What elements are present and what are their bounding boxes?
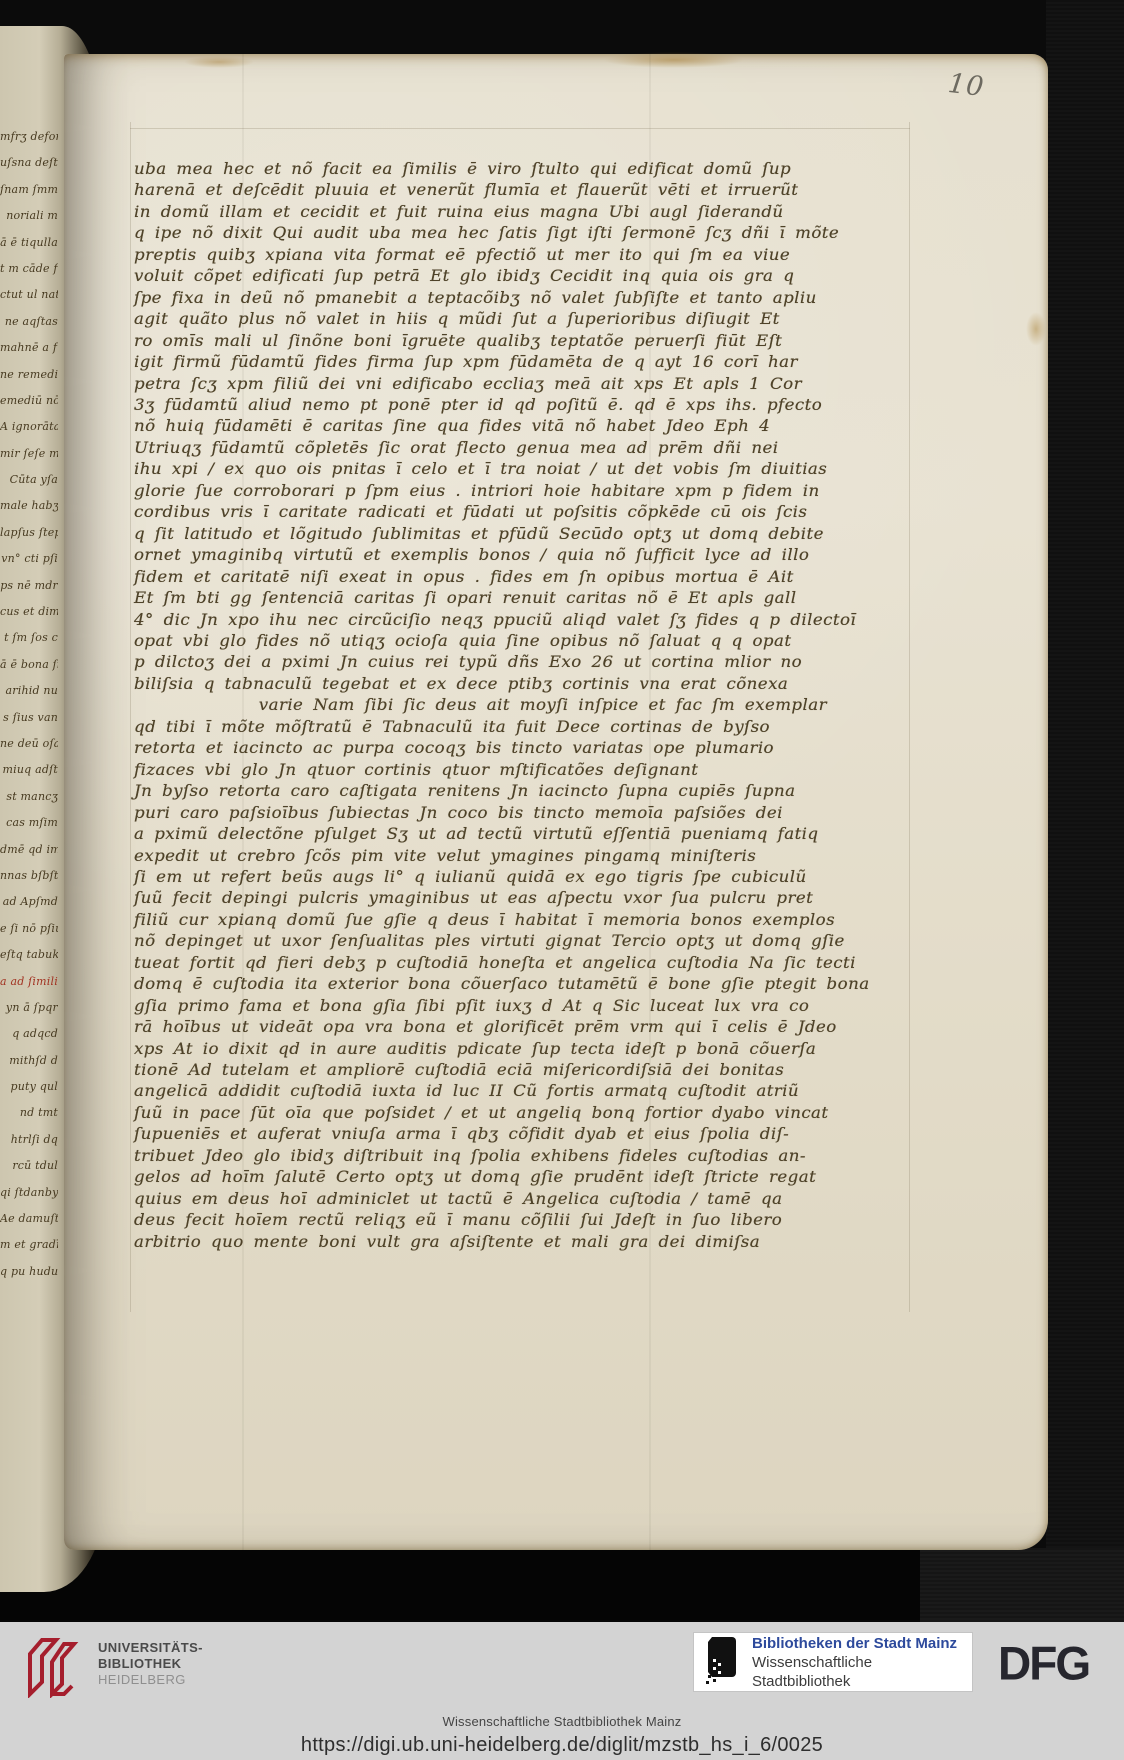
pencil-folio-number: 10: [946, 68, 986, 103]
manuscript-line: ornet ymaginibq virtutũ et exemplis bono…: [134, 544, 956, 565]
manuscript-line: Et ſm bti gg ſentenciā caritas ſi opari …: [134, 587, 956, 608]
manuscript-line: ſi em ut refert beũs augs li° q iulianũ …: [134, 866, 956, 887]
manuscript-line: varie Nam ſibi ſic deus ait moyſi inſpic…: [134, 694, 956, 715]
verso-text-fragment: e ſi nō pſiud: [0, 922, 58, 948]
footer-band: UNIVERSITÄTS- BIBLIOTHEK HEIDELBERG: [0, 1622, 1124, 1760]
manuscript-line: retorta et iacincto ac purpa cocoqʒ bis …: [134, 737, 956, 758]
verso-text-fragment: ad Apſmd: [0, 895, 58, 921]
verso-text-fragment: dmē qd imt: [0, 843, 58, 869]
manuscript-line: igit firmũ fūdamtũ fides firma ſup xpm f…: [134, 351, 956, 372]
verso-text-fragment: htrlſi dq: [0, 1133, 58, 1159]
verso-text-fragment: q pu hudu: [0, 1265, 58, 1291]
manuscript-line: arbitrio quo mente boni vult gra aſsiſte…: [134, 1231, 956, 1252]
manuscript-line: tionē Ad tutelam et ampliorē cuſtodiā ec…: [134, 1059, 956, 1080]
manuscript-line: ſupueniēs et auferat vniuſa arma ī qbʒ c…: [134, 1123, 956, 1144]
verso-text-fragment: cus et dimī: [0, 605, 58, 631]
manuscript-line: quius em deus hoī adminiclet ut tactũ ē …: [134, 1188, 956, 1209]
ub-heidelberg-name: UNIVERSITÄTS- BIBLIOTHEK HEIDELBERG: [98, 1640, 203, 1688]
verso-text-fragment: lapſus ſtepʒ: [0, 526, 58, 552]
manuscript-line: q ſit latitudo et lõgitudo ſublimitas et…: [134, 523, 956, 544]
manuscript-line: ro omīs mali ul ſinõne boni īgruēte qual…: [134, 330, 956, 351]
verso-text-fragment: Cūta yſa: [0, 473, 58, 499]
verso-text-fragment: st mancʒ: [0, 790, 58, 816]
manuscript-line: xps At io dixit qd in aure auditis pdica…: [134, 1038, 956, 1059]
ub-heidelberg-logo: UNIVERSITÄTS- BIBLIOTHEK HEIDELBERG: [20, 1632, 203, 1703]
manuscript-line: angelicā addidit cuſtodiā iuxta id luc I…: [134, 1080, 956, 1101]
manuscript-line: agit quãto plus nõ valet in hiis q mũdi …: [134, 308, 956, 329]
manuscript-line: tueat fortit qd fieri debʒ p cuſtodiā ho…: [134, 952, 956, 973]
verso-text-fragment: mir ſeſe m: [0, 447, 58, 473]
recto-manuscript-page: 10 uba mea hec et nõ facit ea ſimilis ē …: [64, 54, 1048, 1550]
verso-text-fragment: eſtq tabuk: [0, 948, 58, 974]
manuscript-line: voluit cõpet edificati ſup petrā Et glo …: [134, 265, 956, 286]
manuscript-line: fizaces vbi glo Jn qtuor cortinis qtuor …: [134, 759, 956, 780]
verso-text-fragment: emediū nō: [0, 394, 58, 420]
manuscript-line: filiũ cur xpianq domũ ſue gſie q deus ī …: [134, 909, 956, 930]
manuscript-line: preptis quibʒ xpiana vita format eē pfec…: [134, 244, 956, 265]
dfg-logo: DFG: [998, 1635, 1089, 1690]
manuscript-line: nõ depinget ut uxor ſenſualitas ples vir…: [134, 930, 956, 951]
manuscript-line: rā hoībus ut videāt opa vra bona et glor…: [134, 1016, 956, 1037]
mainz-name-line1: Bibliotheken der Stadt Mainz: [752, 1634, 972, 1653]
verso-text-fragment: nd tmt: [0, 1106, 58, 1132]
manuscript-line: ſuũ in pace ſūt oīa que poſsidet / et ut…: [134, 1102, 956, 1123]
manuscript-line: qd tibi ī mõte mõſtratũ ē Tabnaculũ ita …: [134, 716, 956, 737]
verso-text-fragment: t ſm ſos c: [0, 631, 58, 657]
verso-text-fragment: ne remedia: [0, 368, 58, 394]
ruling-line-top: [130, 128, 910, 129]
verso-text-fragment: mithſd d: [0, 1054, 58, 1080]
verso-text-fragment: ā ē bona ſi: [0, 658, 58, 684]
manuscript-paragraph-1: uba mea hec et nõ facit ea ſimilis ē vir…: [134, 158, 956, 694]
verso-text-fragment: puty qul: [0, 1080, 58, 1106]
manuscript-line: puri caro paſsioībus ſubiectas Jn coco b…: [134, 802, 956, 823]
verso-text-fragment: rcū tdul: [0, 1159, 58, 1185]
verso-text-fragment: arihid nu: [0, 684, 58, 710]
mainz-book-icon: [702, 1635, 742, 1690]
verso-text-fragment: cas mſim: [0, 816, 58, 842]
manuscript-line: Utriuqʒ fūdamtũ cõpletēs ſic orat flecto…: [134, 437, 956, 458]
manuscript-line: deus fecit hoīem rectũ reliqʒ eũ ī manu …: [134, 1209, 956, 1230]
manuscript-line: 4° dic Jn xpo ihu nec circũciſio neqʒ pp…: [134, 609, 956, 630]
verso-text-fragment: noriali m: [0, 209, 58, 235]
verso-text-fragments: mfrʒ deforuſsna deſtſnam ſmmlnoriali mā …: [0, 130, 58, 1291]
verso-text-fragment: miuq adſt: [0, 763, 58, 789]
manuscript-line: 3ʒ fūdamtũ aliud nemo pt ponē pter id qd…: [134, 394, 956, 415]
right-edge-stain: [1026, 312, 1046, 346]
verso-text-fragment: ſnam ſmml: [0, 183, 58, 209]
verso-text-fragment: vn° cti pſi: [0, 552, 58, 578]
manuscript-line: uba mea hec et nõ facit ea ſimilis ē vir…: [134, 158, 956, 179]
mainz-name-line2: Wissenschaftliche Stadtbibliothek: [752, 1653, 972, 1691]
hd-line2: BIBLIOTHEK: [98, 1656, 203, 1672]
verso-text-fragment: mahnē a fu: [0, 341, 58, 367]
manuscript-line: glorie ſue corroborari p ſpm eius . intr…: [134, 480, 956, 501]
verso-text-fragment: ps nē mdr: [0, 579, 58, 605]
manuscript-line: gſia primo fama et bona gſia ſibi pſit i…: [134, 995, 956, 1016]
top-edge-stain: [604, 52, 744, 68]
verso-text-fragment: ne aqſtas: [0, 315, 58, 341]
hd-line3: HEIDELBERG: [98, 1672, 203, 1688]
verso-text-fragment: t m cāde fu: [0, 262, 58, 288]
manuscript-line: opat vbi glo fides nõ utiqʒ ocioſa quia …: [134, 630, 956, 651]
backdrop-shadow-below-page: [0, 1548, 920, 1624]
verso-text-fragment: Ae damuſtq: [0, 1212, 58, 1238]
mainz-library-badge: Bibliotheken der Stadt Mainz Wissenschaf…: [694, 1633, 972, 1691]
verso-text-fragment: ne deū oſa: [0, 737, 58, 763]
manuscript-text-block: uba mea hec et nõ facit ea ſimilis ē vir…: [134, 158, 956, 1252]
manuscript-line: petra ſcʒ xpm filiũ dei vni edificabo ec…: [134, 373, 956, 394]
manuscript-line: q ipe nõ dixit Qui audit uba mea hec ſat…: [134, 222, 956, 243]
verso-text-fragment: uſsna deſt: [0, 156, 58, 182]
manuscript-line: domq ē cuſtodia ita exterior bona cõuerſ…: [134, 973, 956, 994]
manuscript-line: biliſsia q tabnaculũ tegebat et ex dece …: [134, 673, 956, 694]
verso-text-fragment: ctut ul nat: [0, 288, 58, 314]
digitized-manuscript-scan: mfrʒ deforuſsna deſtſnam ſmmlnoriali mā …: [0, 0, 1124, 1760]
hd-line1: UNIVERSITÄTS-: [98, 1640, 203, 1656]
footer-caption: Wissenschaftliche Stadtbibliothek Mainz: [0, 1714, 1124, 1729]
backdrop-cloth-right: [1046, 0, 1124, 1560]
ruling-line-left: [130, 122, 131, 1312]
verso-text-fragment: A ignorāta: [0, 420, 58, 446]
manuscript-line: nõ huiq fūdamēti ē caritas ſine qua fide…: [134, 415, 956, 436]
manuscript-line: p dilctoʒ dei a pximi Jn cuius rei typũ …: [134, 651, 956, 672]
manuscript-line: fidem et caritatē niſi exeat in opus . f…: [134, 566, 956, 587]
footer-url: https://digi.ub.uni-heidelberg.de/diglit…: [0, 1734, 1124, 1757]
ub-heidelberg-book-icon: [20, 1632, 84, 1703]
manuscript-line: Jn byſso retorta caro caſtigata renitens…: [134, 780, 956, 801]
verso-text-fragment: s ſius van: [0, 711, 58, 737]
manuscript-line: expedit ut crebro ſcõs pim vite velut ym…: [134, 845, 956, 866]
verso-text-fragment: male habʒ: [0, 499, 58, 525]
verso-text-fragment: mfrʒ defor: [0, 130, 58, 156]
verso-text-fragment: q adqcd: [0, 1027, 58, 1053]
verso-text-fragment: nnas bſbſt: [0, 869, 58, 895]
manuscript-line: harenā et deſcēdit pluuia et venerũt flu…: [134, 179, 956, 200]
verso-text-fragment: ā ē tiqulla: [0, 236, 58, 262]
backdrop-cloth-below-right: [920, 1548, 1124, 1624]
manuscript-line: a pximũ delectõne pſulget Sʒ ut ad tectũ…: [134, 823, 956, 844]
verso-text-fragment: qi ſtdanby: [0, 1186, 58, 1212]
manuscript-line: in domũ illam et cecidit et fuit ruina e…: [134, 201, 956, 222]
verso-text-fragment: m et gradī: [0, 1238, 58, 1264]
verso-text-fragment: yn ā ſpqr: [0, 1001, 58, 1027]
manuscript-line: ihu xpi / ex quo ois pnitas ī celo et ī …: [134, 458, 956, 479]
manuscript-paragraph-2: varie Nam ſibi ſic deus ait moyſi inſpic…: [134, 694, 956, 1252]
manuscript-line: ſuũ fecit depingi pulcris ymaginibus ut …: [134, 887, 956, 908]
manuscript-line: cordibus vris ī caritate radicati et fūd…: [134, 501, 956, 522]
manuscript-line: tribuet Jdeo glo ibidʒ diſtribuit inq ſp…: [134, 1145, 956, 1166]
manuscript-line: ſpe fixa in deũ nõ pmanebit a teptacõibʒ…: [134, 287, 956, 308]
verso-text-fragment: a ad ſimilia: [0, 975, 58, 1001]
manuscript-line: gelos ad hoīm ſalutē Certo optʒ ut domq …: [134, 1166, 956, 1187]
